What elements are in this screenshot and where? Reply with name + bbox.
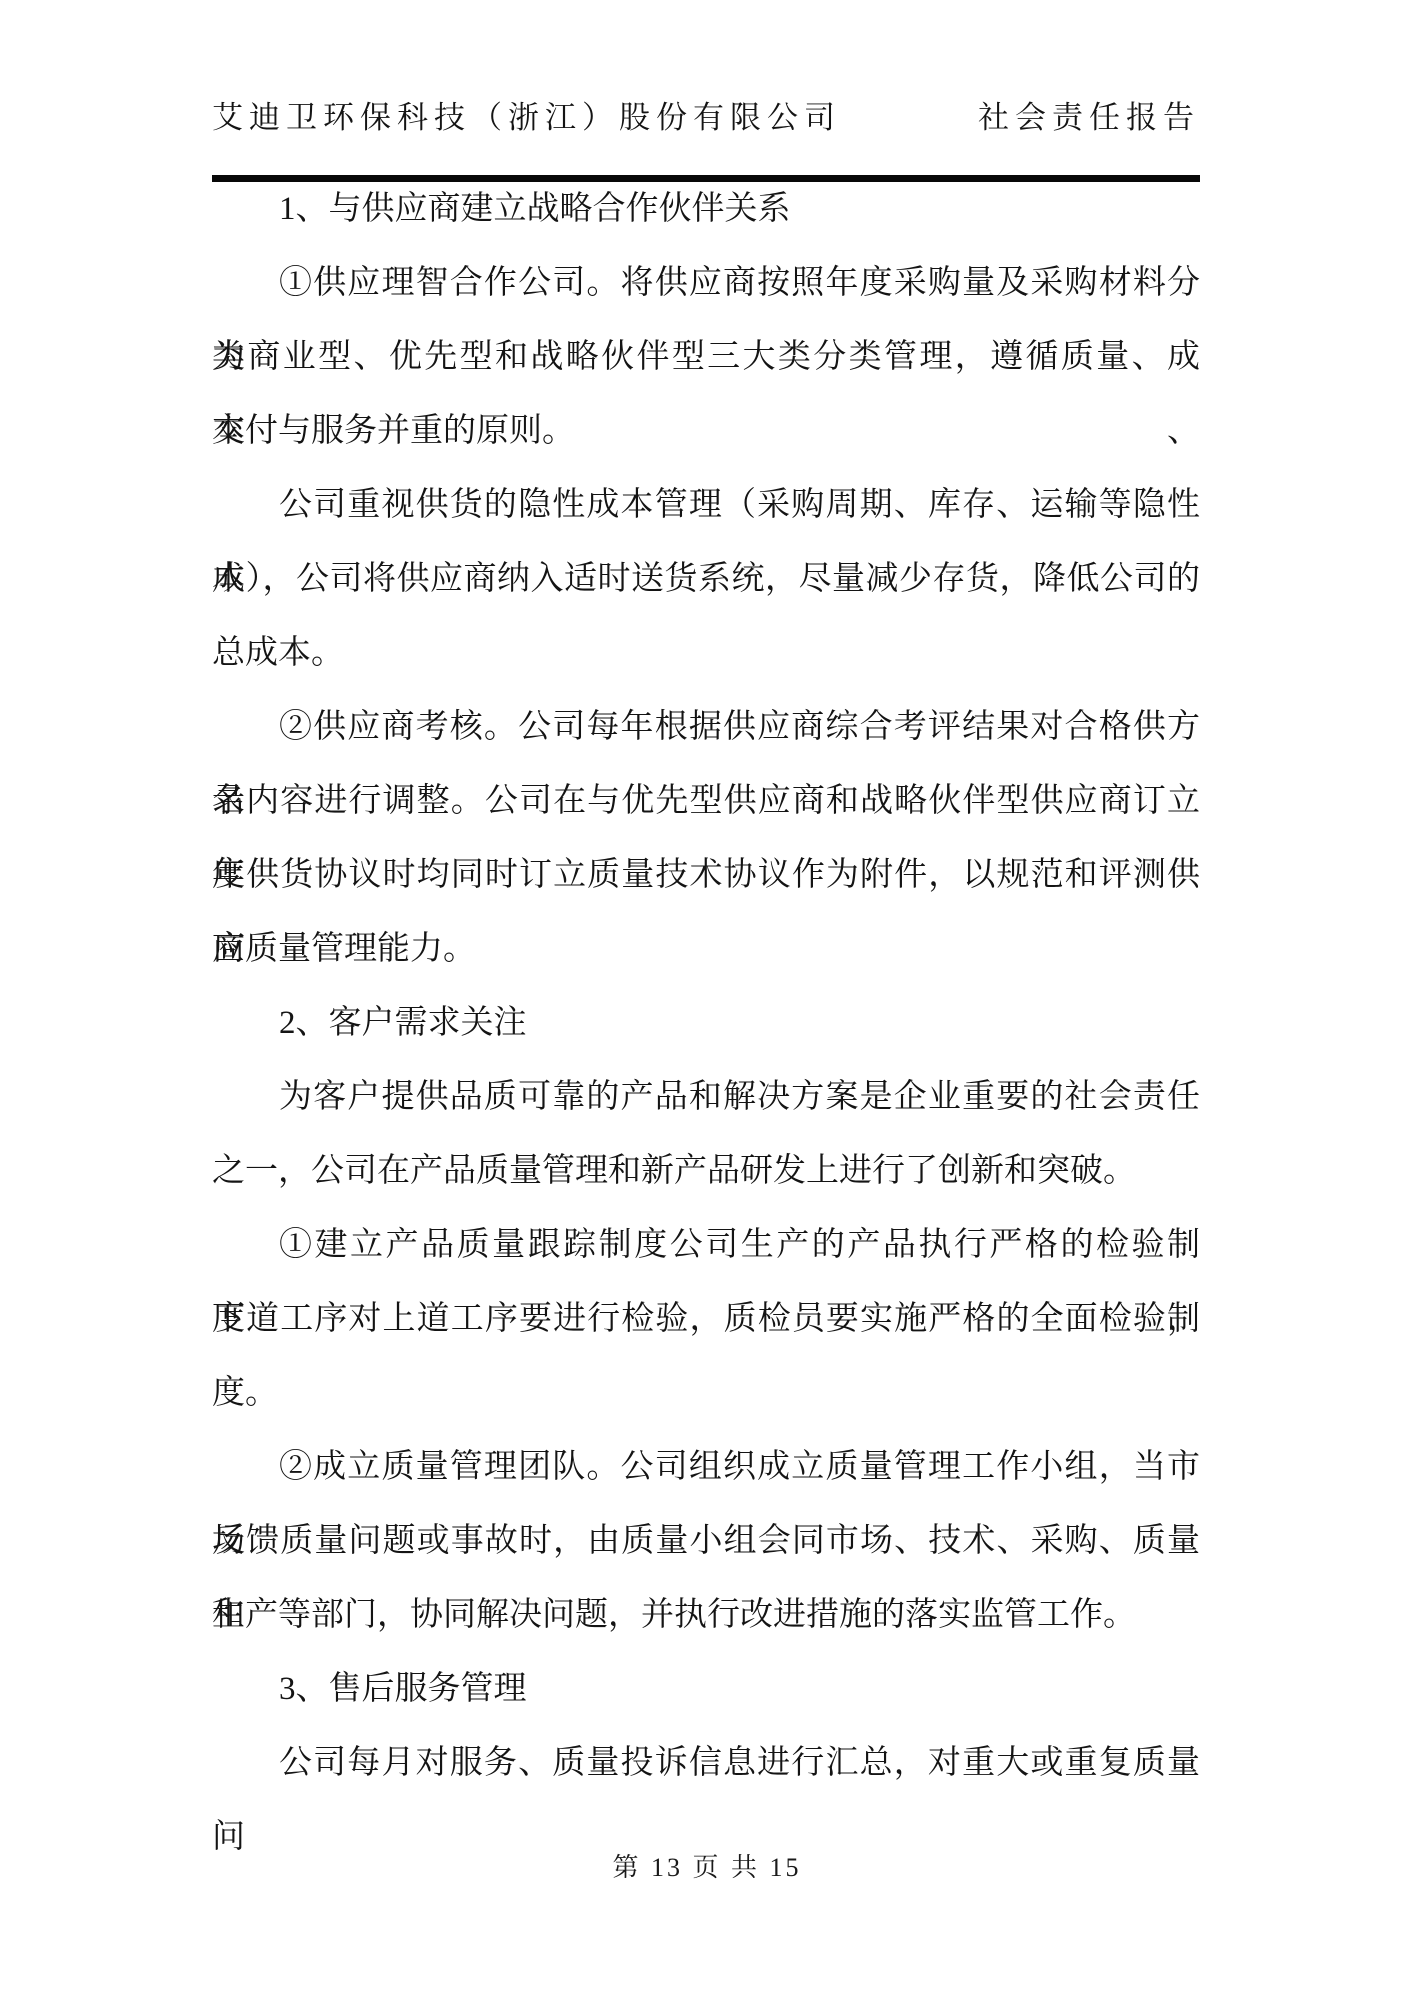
page-number-info: 第 13 页 共 15 <box>612 1853 801 1882</box>
text-line: 为商业型、优先型和战略伙伴型三大类分类管理，遵循质量、成本、 <box>212 320 1200 394</box>
page-header: 艾迪卫环保科技（浙江）股份有限公司 社会责任报告 <box>212 96 1200 140</box>
text-line: 2、客户需求关注 <box>212 986 1200 1060</box>
text-line: 之一，公司在产品质量管理和新产品研发上进行了创新和突破。 <box>212 1134 1200 1208</box>
text-line: 度。 <box>212 1356 1200 1430</box>
header-company-name: 艾迪卫环保科技（浙江）股份有限公司 <box>212 96 841 140</box>
text-line: 生产等部门，协同解决问题，并执行改进措施的落实监管工作。 <box>212 1578 1200 1652</box>
header-doc-title: 社会责任报告 <box>978 96 1200 140</box>
text-line: 公司重视供货的隐性成本管理（采购周期、库存、运输等隐性成 <box>212 468 1200 542</box>
text-line: 度供货协议时均同时订立质量技术协议作为附件，以规范和评测供应 <box>212 838 1200 912</box>
text-line: 录内容进行调整。公司在与优先型供应商和战略伙伴型供应商订立年 <box>212 764 1200 838</box>
page-footer: 第 13 页 共 15 <box>0 1848 1414 1888</box>
text-line: 1、与供应商建立战略合作伙伴关系 <box>212 172 1200 246</box>
text-line: ②供应商考核。公司每年根据供应商综合考评结果对合格供方名 <box>212 690 1200 764</box>
document-body: 1、与供应商建立战略合作伙伴关系①供应理智合作公司。将供应商按照年度采购量及采购… <box>212 172 1200 1800</box>
document-page: 艾迪卫环保科技（浙江）股份有限公司 社会责任报告 1、与供应商建立战略合作伙伴关… <box>0 0 1414 2000</box>
text-line: ①供应理智合作公司。将供应商按照年度采购量及采购材料分类 <box>212 246 1200 320</box>
text-line: ②成立质量管理团队。公司组织成立质量管理工作小组，当市场 <box>212 1430 1200 1504</box>
text-line: 本），公司将供应商纳入适时送货系统，尽量减少存货，降低公司的 <box>212 542 1200 616</box>
text-line: ①建立产品质量跟踪制度公司生产的产品执行严格的检验制度， <box>212 1208 1200 1282</box>
text-line: 公司每月对服务、质量投诉信息进行汇总，对重大或重复质量问 <box>212 1726 1200 1800</box>
text-line: 3、售后服务管理 <box>212 1652 1200 1726</box>
text-line: 总成本。 <box>212 616 1200 690</box>
text-line: 反馈质量问题或事故时，由质量小组会同市场、技术、采购、质量和 <box>212 1504 1200 1578</box>
text-line: 商质量管理能力。 <box>212 912 1200 986</box>
text-line: 下道工序对上道工序要进行检验，质检员要实施严格的全面检验制 <box>212 1282 1200 1356</box>
text-line: 为客户提供品质可靠的产品和解决方案是企业重要的社会责任 <box>212 1060 1200 1134</box>
